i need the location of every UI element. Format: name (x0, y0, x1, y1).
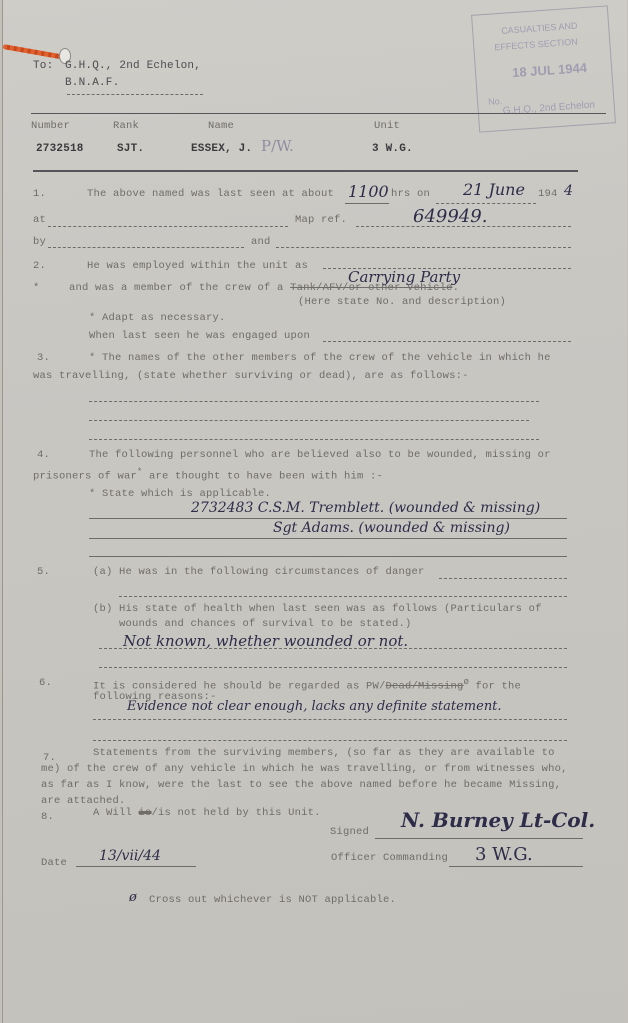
footer-mark: ø (129, 890, 137, 905)
stamp-line-2: EFFECTS SECTION (494, 37, 578, 53)
stamp-line-3: No. (488, 96, 503, 107)
section-1-text-a: The above named was last seen at about (87, 188, 334, 200)
engaged-label: When last seen he was engaged upon (89, 330, 310, 342)
date-label: Date (41, 857, 67, 869)
year-suffix: 4 (564, 183, 573, 199)
will-not-held-text: /is not held by this Unit. (152, 807, 321, 819)
personnel-entry-2: Sgt Adams. (wounded & missing) (273, 520, 510, 536)
at-label: at (33, 214, 46, 226)
officer-unit: 3 W.G. (475, 844, 533, 865)
year-prefix: 194 (538, 188, 558, 200)
danger-underline-1 (439, 578, 567, 579)
adapt-note: * Adapt as necessary. (89, 312, 226, 324)
section-8-text: A Will is/is not held by this Unit. (93, 807, 321, 819)
by-underline (48, 247, 244, 248)
to-line-2: B.N.A.F. (65, 77, 119, 89)
section-2-note: (Here state No. and description) (298, 296, 506, 308)
signed-label: Signed (330, 826, 369, 838)
personnel-line-2 (89, 538, 567, 539)
section-1-text-b: hrs on (391, 188, 430, 200)
health-answer: Not known, whether wounded or not. (123, 632, 408, 650)
section-7-line-3: as far as I know, were the last to see t… (41, 779, 561, 791)
section-1-number: 1. (33, 188, 46, 200)
header-rule (31, 113, 606, 114)
time-underline (345, 203, 389, 204)
footer-note: Cross out whichever is NOT applicable. (149, 894, 396, 906)
signature-value: N. Burney Lt-Col. (401, 808, 595, 832)
crew-line-3 (89, 439, 539, 440)
date-sign-underline (76, 866, 196, 867)
thought-text: are thought to have been with him :- (149, 471, 383, 483)
crew-line-1 (89, 401, 539, 402)
for-the-text: for the (476, 681, 522, 693)
officer-underline (449, 866, 583, 867)
regarded-mark: ø (464, 677, 469, 687)
casualty-report-form: To: G.H.Q., 2nd Echelon, B.N.A.F. CASUAL… (2, 0, 627, 1023)
and-label: and (251, 236, 271, 248)
vehicle-struck-text: Tank/AFV/or other vehicle (290, 282, 453, 294)
header-number: Number (31, 120, 70, 132)
section-2-text-b: and was a member of the crew of a Tank/A… (69, 282, 459, 294)
mapref-value: 649949. (413, 206, 487, 227)
personnel-line-1 (89, 518, 567, 519)
date-underline (436, 203, 536, 204)
header-name: Name (208, 120, 234, 132)
section-3-number: 3. (37, 352, 50, 364)
section-7-line-4: are attached. (41, 795, 126, 807)
will-text: A Will (93, 807, 132, 819)
section-4-text-b: prisoners of war* are thought to have be… (33, 467, 383, 483)
header-rank: Rank (113, 120, 139, 132)
personnel-line-3 (89, 556, 567, 557)
address-underline (67, 94, 203, 95)
reasons-underline-1 (93, 719, 567, 720)
section-7-line-1: Statements from the surviving members, (… (93, 747, 555, 759)
health-underline-2 (99, 667, 567, 668)
crew-line-2 (89, 420, 529, 421)
signature-underline (375, 838, 583, 839)
danger-underline-2 (119, 596, 567, 597)
section-6-number: 6. (39, 677, 52, 689)
stamp-line-1: CASUALTIES AND (501, 21, 578, 36)
section-5-number: 5. (37, 566, 50, 578)
soldier-unit: 3 W.G. (372, 143, 413, 155)
section-8-number: 8. (41, 811, 54, 823)
section-3-text-a: * The names of the other members of the … (89, 352, 551, 364)
pw-annotation: P/W. (261, 137, 294, 155)
pow-star: * (137, 467, 142, 477)
mapref-label: Map ref. (295, 214, 347, 226)
stamp-date: 18 JUL 1944 (512, 60, 588, 80)
engaged-underline (323, 341, 571, 342)
officer-label: Officer Commanding (331, 852, 448, 864)
date-value: 13/vii/44 (99, 848, 161, 864)
dead-missing-struck: Dead/Missing (386, 681, 464, 693)
soldier-number: 2732518 (36, 143, 84, 155)
at-underline (48, 226, 288, 227)
to-label: To: (33, 60, 53, 72)
last-seen-date: 21 June (463, 180, 525, 199)
section-4-note: * State which is applicable. (89, 488, 271, 500)
stamp-line-4: G.H.Q., 2nd Echelon (502, 100, 595, 117)
section-2-star: * (33, 282, 40, 294)
section-5a-text: (a) He was in the following circumstance… (93, 566, 425, 578)
section-4-text-a: The following personnel who are believed… (89, 449, 551, 461)
section-2-text-a: He was employed within the unit as (87, 260, 308, 272)
reasons-answer: Evidence not clear enough, lacks any def… (127, 699, 502, 714)
personnel-entry-1: 2732483 C.S.M. Tremblett. (wounded & mis… (191, 500, 540, 516)
section-7-line-2: me) of the crew of any vehicle in which … (41, 763, 568, 775)
section-5b-text-b: wounds and chances of survival to be sta… (119, 618, 412, 630)
reasons-underline-2 (93, 740, 567, 741)
section-2-number: 2. (33, 260, 46, 272)
pow-text: prisoners of war (33, 471, 137, 483)
last-seen-time: 1100 (348, 182, 389, 201)
section-5b-text-a: (b) His state of health when last seen w… (93, 603, 542, 615)
by-label: by (33, 236, 46, 248)
will-is-struck: is (139, 807, 152, 819)
and-underline (276, 247, 571, 248)
crew-text: and was a member of the crew of a (69, 282, 284, 294)
soldier-name: ESSEX, J. (191, 143, 252, 155)
to-line-1: G.H.Q., 2nd Echelon, (65, 60, 201, 72)
header-unit: Unit (374, 120, 400, 132)
crew-text-end: . (453, 282, 460, 294)
table-rule (33, 170, 578, 172)
section-3-text-b: was travelling, (state whether surviving… (33, 370, 469, 382)
soldier-rank: SJT. (117, 143, 144, 155)
section-4-number: 4. (37, 449, 50, 461)
